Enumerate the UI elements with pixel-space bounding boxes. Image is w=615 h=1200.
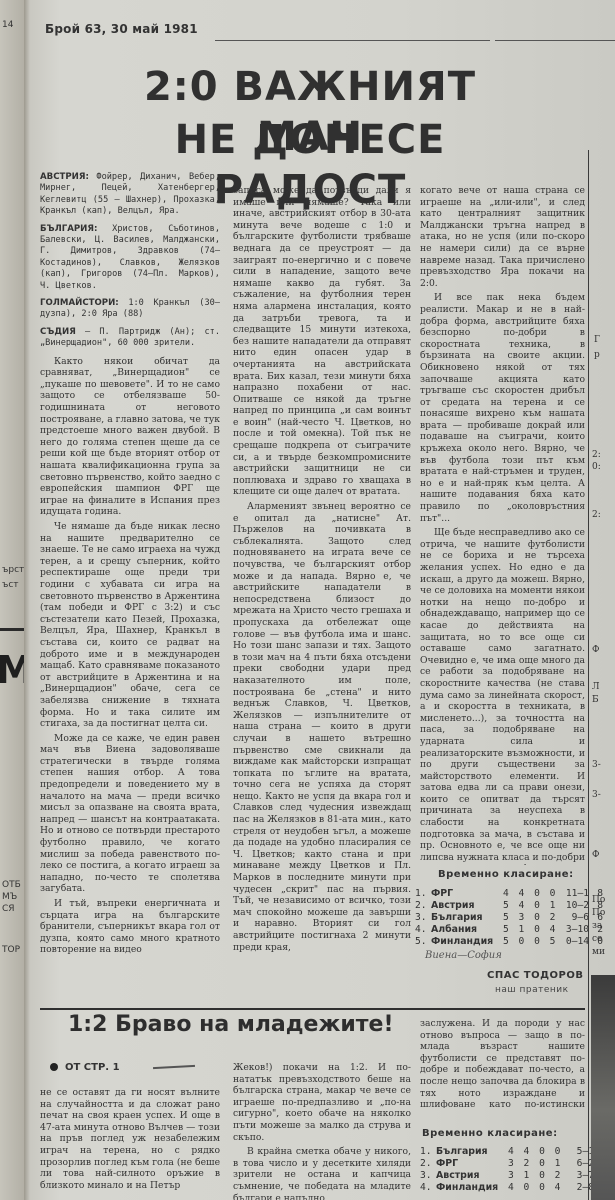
author-name: СПАС ТОДОРОВ [487,970,583,981]
edge-text-fragment: ОТБ [2,880,21,890]
adjacent-page-strip-left: 14 ърст ъст M ОТБ МЪ СЯ ТОР [0,0,24,1200]
paragraph: И все пак нека бъдем реалисти. Макар и н… [420,292,585,524]
issue-date: Брой 63, 30 май 1981 [45,22,198,36]
edge-text-fragment: ТОР [2,945,20,955]
standings-table: 1.ФРГ4 4 0 011—18 2.Австрия5 4 0 110—28 … [415,888,603,948]
article-column-2: записа може да потвърди дали я имаше или… [233,185,411,1005]
header-rule [495,40,615,41]
standings-row: 3.Австрия3 1 0 23—72 [420,1170,608,1182]
lineup-austria: АВСТРИЯ: Фойрер, Диханич, Вебер, Мирнег,… [40,172,220,218]
paragraph: Може да се каже, че един равен мач във В… [40,733,220,895]
paragraph: Че нямаше да бъде никак лесно на нашите … [40,521,220,730]
referee-label: СЪДИЯ [40,327,76,337]
dateline: Виена—София [425,950,502,961]
decorative-line [153,1065,195,1069]
youth-standings-table: 1.България4 4 0 05—18 2.ФРГ3 2 0 16—24 3… [420,1146,608,1194]
referee: СЪДИЯ — П. Партридж (Ан); ст. „Винерщади… [40,327,220,350]
lineup-bulgaria: БЪЛГАРИЯ: Христов, Съботинов, Балевски, … [40,224,220,292]
page-number-fragment: 14 [2,20,13,30]
scorers: ГОЛМАЙСТОРИ: 1:0 Кранкъл (30—дузпа), 2:0… [40,298,220,321]
paragraph: Ще бъде несправедливо ако се отрича, че … [420,527,585,865]
standings-row: 3.България5 3 0 29—66 [415,912,603,924]
paragraph: Алармeният звънец вероятно се е опитал д… [233,501,411,953]
paragraph: заслужена. И да породи у нас отново въпр… [420,1018,585,1108]
continued-from-label: ОТ СТР. 1 [65,1062,120,1073]
youth-column-2: Жеков!) покачи на 1:2. И по-нататък прев… [233,1062,411,1200]
paragraph: когато вече от наша страна се играеше на… [420,185,585,289]
edge-divider [0,628,24,631]
header-rule [215,40,490,41]
scorers-label: ГОЛМАЙСТОРИ: [40,298,119,308]
paragraph: не се оставят да ги носят вълните на слу… [40,1087,220,1191]
article-column-3: когато вече от наша страна се играеше на… [420,185,585,865]
edge-text-fragment: ъст [2,580,19,590]
paragraph: В крайна сметка обаче у никого, в това ч… [233,1146,411,1200]
paragraph: записа може да потвърди дали я имаше или… [233,185,411,498]
youth-column-3: заслужена. И да породи у нас отново въпр… [420,1018,585,1108]
paragraph: Жеков!) покачи на 1:2. И по-нататък прев… [233,1062,411,1143]
standings-row: 2.Австрия5 4 0 110—28 [415,900,603,912]
author-role: наш пратеник [495,985,569,995]
paragraph: Както някои обичат да сравняват, „Винерщ… [40,356,220,518]
edge-text-fragment: СЯ [2,904,15,914]
lineup-label: АВСТРИЯ: [40,172,89,182]
newspaper-page: 14 ърст ъст M ОТБ МЪ СЯ ТОР Брой 63, 30 … [0,0,615,1200]
edge-text-fragment: ърст [2,565,24,575]
edge-text-fragment: МЪ [2,892,17,902]
bullet-icon [50,1063,58,1071]
lineup-label: БЪЛГАРИЯ: [40,224,97,234]
paragraph: И тъй, въпреки енергичната и сърцата игр… [40,898,220,956]
standings-row: 1.ФРГ4 4 0 011—18 [415,888,603,900]
article-column-1: АВСТРИЯ: Фойрер, Диханич, Вебер, Мирнег,… [40,172,220,959]
standings-row: 4.Финландия4 0 0 42—80 [420,1182,608,1194]
continued-from-marker: ОТ СТР. 1 [50,1062,120,1073]
adjacent-photo [591,975,615,1200]
standings-row: 1.България4 4 0 05—18 [420,1146,608,1158]
youth-column-1: не се оставят да ги носят вълните на слу… [40,1087,220,1200]
standings-title: Временно класиране: [438,869,574,880]
edge-logo-fragment: M [0,648,24,692]
youth-standings-title: Временно класиране: [422,1128,558,1139]
article-divider [40,1008,585,1010]
standings-row: 4.Албания5 1 0 43—102 [415,924,603,936]
youth-headline: 1:2 Браво на младежите! [68,1012,393,1037]
standings-row: 5.Финландия5 0 0 50—140 [415,936,603,948]
standings-row: 2.ФРГ3 2 0 16—24 [420,1158,608,1170]
